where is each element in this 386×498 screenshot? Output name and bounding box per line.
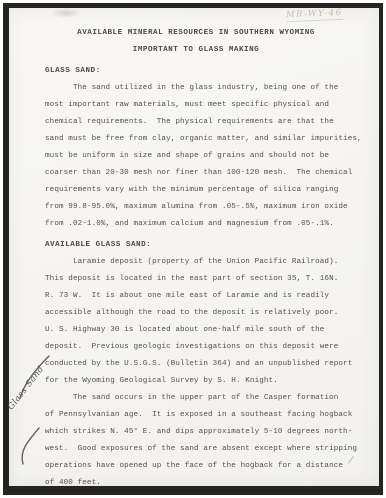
text-line: west. Good exposures of the sand are abs… [45, 441, 347, 458]
text-line: coarser than 20-30 mesh nor finer than 1… [45, 165, 347, 182]
document-title-line2: IMPORTANT TO GLASS MAKING [45, 42, 347, 59]
text-line: chemical requirements. The physical requ… [45, 114, 347, 131]
text-line: of Pennsylvanian age. It is exposed in a… [45, 407, 347, 424]
text-line: which strikes N. 45° E. and dips approxi… [45, 424, 347, 441]
text-line: requirements vary with the minimum perce… [45, 182, 347, 199]
text-line: must be uniform in size and shape of gra… [45, 148, 347, 165]
document-title-line1: AVAILABLE MINERAL RESOURCES IN SOUTHERN … [45, 25, 347, 42]
text-line: R. 73 W. It is about one mile east of La… [45, 288, 347, 305]
smudge-mark [51, 8, 81, 18]
text-line: accessible although the road to the depo… [45, 305, 347, 322]
document-page: MR-WY-46 AVAILABLE MINERAL RESOURCES IN … [9, 8, 379, 486]
text-line: operations have opened up the face of th… [45, 458, 347, 475]
text-line: of 400 feet. [45, 475, 347, 492]
text-line: most important raw materials, must meet … [45, 97, 347, 114]
document-body: AVAILABLE MINERAL RESOURCES IN SOUTHERN … [45, 25, 347, 492]
document-text-block: GLASS SAND: The sand utilized in the gla… [45, 63, 347, 492]
text-line: This deposit is located in the east part… [45, 271, 347, 288]
stray-pencil-tick [348, 456, 361, 464]
text-line: The sand occurs in the upper part of the… [45, 390, 347, 407]
text-line: AVAILABLE GLASS SAND: [45, 237, 347, 254]
text-line: GLASS SAND: [45, 63, 347, 80]
text-line: The sand utilized in the glass industry,… [45, 80, 347, 97]
text-line: from .02-1.0%, and maximum calcium and m… [45, 216, 347, 233]
text-line: from 99.8-95.0%, maximum alumina from .0… [45, 199, 347, 216]
text-line: deposit. Previous geologic investigation… [45, 339, 347, 356]
text-line: for the Wyoming Geological Survey by S. … [45, 373, 347, 390]
pencil-id-annotation: MR-WY-46 [286, 8, 343, 22]
text-line: conducted by the U.S.G.S. (Bulletin 364)… [45, 356, 347, 373]
text-line: sand must be free from clay, organic mat… [45, 131, 347, 148]
text-line: U. S. Highway 30 is located about one-ha… [45, 322, 347, 339]
margin-annotation: Glass Sand [3, 348, 67, 474]
text-line: Laramie deposit (property of the Union P… [45, 254, 347, 271]
